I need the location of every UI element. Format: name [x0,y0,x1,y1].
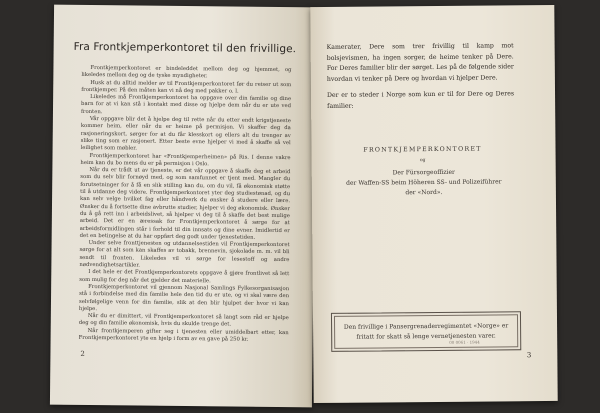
page-number-left: 2 [80,350,85,358]
left-page-body: Frontkjemperkontoret er bindeleddet mell… [79,65,292,344]
intro-paragraph: Der er to steder i Norge som kun er til … [327,89,514,112]
paragraph: Likeledes må Frontkjemperkontoret ha opp… [81,94,291,118]
left-page: Fra Frontkjemperkontoret til den frivill… [50,5,316,408]
paragraph: Når du er trådt ut av tjeneste, er det v… [80,167,291,242]
paragraph: Frontkjemperkontoret vil gjennom Nasjona… [79,284,289,315]
officer-block: Der Fürsorgeoffizier der Waffen-SS beim … [324,167,524,199]
conjunction: og [328,157,518,164]
paragraph: Når frontkjemperen gifter seg i tjeneste… [79,328,289,345]
page-title: Fra Frontkjemperkontoret til den frivill… [74,41,294,55]
paragraph: Under selve fronttjenesten og utdannelse… [79,240,289,271]
intro-paragraph: Kamerater, Dere som trer frivillig til k… [327,41,514,85]
right-page-intro: Kamerater, Dere som trer frivillig til k… [327,41,515,118]
paragraph: Frontkjemperkontoret er bindeleddet mell… [81,65,291,82]
page-number-right: 3 [527,351,532,359]
tax-notice-box: Den frivillige i Panser­grenader­regimen… [331,311,521,352]
right-page: Kamerater, Dere som trer frivillig til k… [310,5,557,403]
officer-line: der «Nord». [324,187,524,199]
stamp-mark: 00 0061 · 1944 [449,340,480,345]
paragraph: Vår oppgave blir det å hjelpe deg til re… [81,116,291,155]
office-name: FRONTKJEMPERKONTORET [327,145,517,154]
